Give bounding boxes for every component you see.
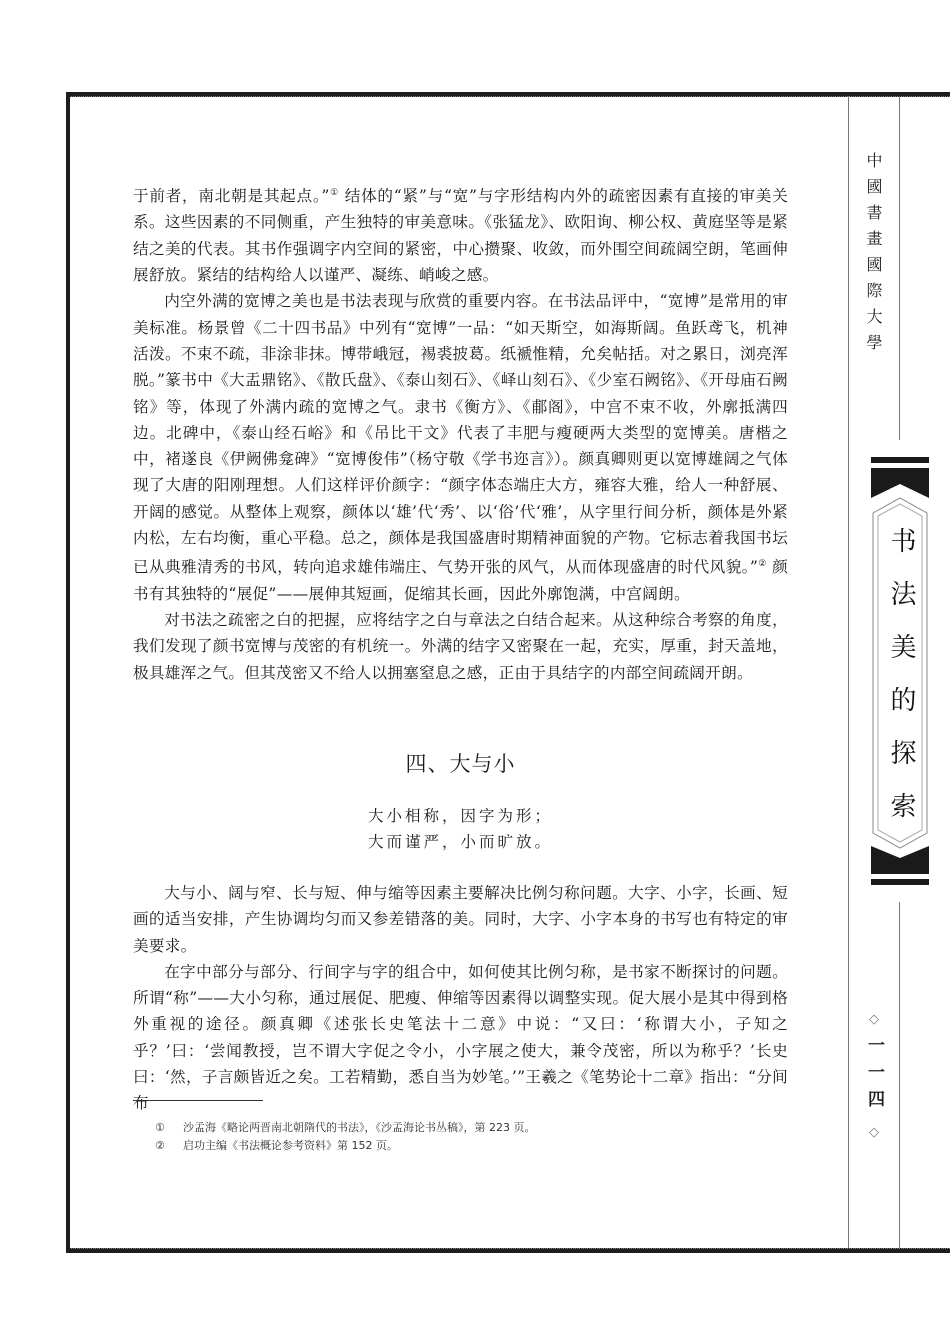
section-paragraph-1: 大与小、阔与窄、长与短、伸与缩等因素主要解决比例匀称问题。大字、小字，长画、短画… bbox=[133, 880, 788, 959]
footnote-ref-1[interactable]: ① bbox=[330, 188, 339, 198]
page-frame-top-border bbox=[66, 92, 950, 97]
diamond-icon: ◇ bbox=[862, 1010, 886, 1030]
main-text-column: 于前者，南北朝是其起点。”① 结体的“紧”与“宽”与字形结构内外的疏密因素有直接… bbox=[133, 180, 788, 686]
footnotes: ① 沙孟海《略论两晋南北朝隋代的书法》，《沙孟海论书丛稿》，第 223 页。 ②… bbox=[155, 1119, 536, 1155]
footnote-2: ② 启功主编《书法概论参考资料》第 152 页。 bbox=[155, 1137, 536, 1155]
footnote-ref-2[interactable]: ② bbox=[758, 559, 767, 569]
banner-bottom-notch-block bbox=[871, 846, 929, 874]
section-text-column: 大与小、阔与窄、长与短、伸与缩等因素主要解决比例匀称问题。大字、小字，长画、短画… bbox=[133, 880, 788, 1117]
sidebar-inner-line-top bbox=[899, 96, 900, 440]
page-number: ◇ 一一四 ◇ bbox=[862, 1010, 886, 1143]
epigraph-line-1: 大小相称，因字为形； bbox=[133, 804, 788, 826]
section-paragraph-2: 在字中部分与部分、行间字与字的组合中，如何使其比例匀称，是书家不断探讨的问题。所… bbox=[133, 959, 788, 1117]
footnote-mark: ② bbox=[155, 1137, 183, 1155]
university-name: 中國書畫國際大學 bbox=[862, 152, 885, 360]
body-paragraph-1: 于前者，南北朝是其起点。”① 结体的“紧”与“宽”与字形结构内外的疏密因素有直接… bbox=[133, 180, 788, 288]
book-title: 书法美的探索 bbox=[883, 527, 920, 845]
page-frame-left-border bbox=[66, 92, 70, 1252]
paragraph-text: 对书法之疏密之白的把握，应将结字之白与章法之白结合起来。从这种综合考察的角度，我… bbox=[133, 611, 788, 682]
footnote-text: 沙孟海《略论两晋南北朝隋代的书法》，《沙孟海论书丛稿》，第 223 页。 bbox=[183, 1119, 536, 1137]
footnote-separator bbox=[133, 1100, 263, 1101]
section-heading: 四、大与小 bbox=[133, 748, 788, 778]
diamond-icon: ◇ bbox=[862, 1123, 886, 1143]
body-paragraph-3: 对书法之疏密之白的把握，应将结字之白与章法之白结合起来。从这种综合考察的角度，我… bbox=[133, 607, 788, 686]
page-frame-bottom-border bbox=[66, 1248, 950, 1253]
epigraph-line-2: 大而谨严，小而旷放。 bbox=[133, 830, 788, 852]
sidebar-divider-line bbox=[848, 96, 849, 1248]
body-paragraph-2: 内空外满的宽博之美也是书法表现与欣赏的重要内容。在书法品评中，“宽博”是常用的审… bbox=[133, 288, 788, 607]
footnote-text: 启功主编《书法概论参考资料》第 152 页。 bbox=[183, 1137, 398, 1155]
sidebar-inner-line-bottom bbox=[899, 902, 900, 1248]
banner-top-bar bbox=[871, 457, 929, 463]
footnote-mark: ① bbox=[155, 1119, 183, 1137]
banner-bottom-bar bbox=[871, 879, 929, 885]
footnote-1: ① 沙孟海《略论两晋南北朝隋代的书法》，《沙孟海论书丛稿》，第 223 页。 bbox=[155, 1119, 536, 1137]
paragraph-text: 于前者，南北朝是其起点。” bbox=[133, 187, 330, 205]
paragraph-text: 内空外满的宽博之美也是书法表现与欣赏的重要内容。在书法品评中，“宽博”是常用的审… bbox=[133, 292, 788, 576]
page-number-text: 一一四 bbox=[862, 1036, 887, 1117]
